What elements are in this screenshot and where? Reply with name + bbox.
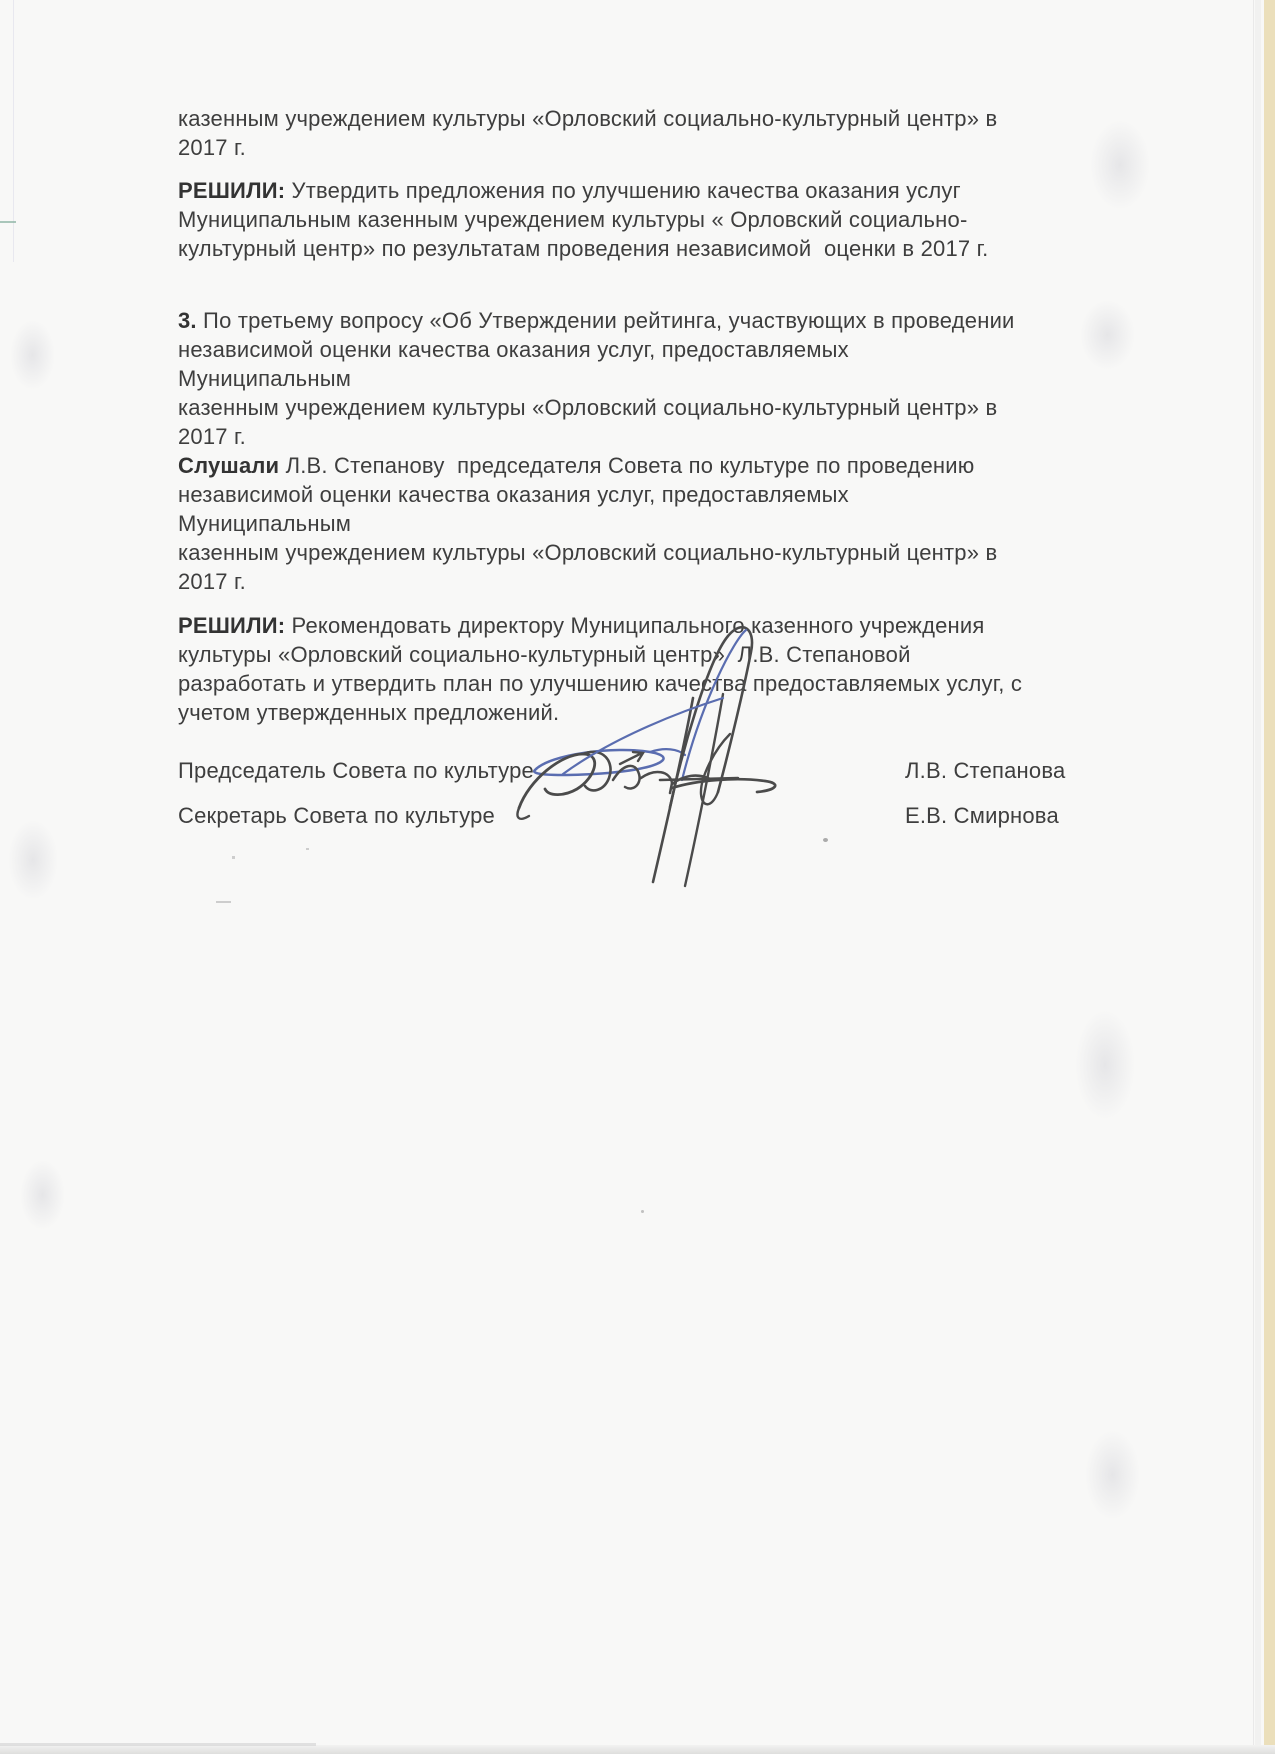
signature-name-smirnova: Е.В. Смирнова: [905, 803, 1059, 829]
scan-speck: [823, 838, 828, 842]
scan-edge-strip: [1264, 0, 1275, 1754]
paragraph-text: Л.В. Степанову председателя Совета по ку…: [178, 453, 997, 594]
paragraph-resolved-2: РЕШИЛИ: Утвердить предложения по улучшен…: [178, 176, 1026, 263]
paragraph-lead: РЕШИЛИ:: [178, 613, 285, 638]
paragraph-lead: РЕШИЛИ:: [178, 178, 285, 203]
signature-role-chairman: Председатель Совета по культуре: [178, 758, 534, 784]
scan-smudge: [8, 820, 58, 900]
scan-edge-bottom: [0, 1745, 1275, 1754]
paragraph-lead: 3.: [178, 308, 197, 333]
scanned-page: казенным учреждением культуры «Орловский…: [0, 0, 1275, 1754]
scan-smudge: [1080, 300, 1135, 370]
signature-name-stepanova: Л.В. Степанова: [905, 758, 1065, 784]
scan-artifact: [1255, 0, 1261, 1754]
scan-speck: [641, 1210, 644, 1213]
signature-smirnova-ink: [505, 690, 810, 890]
scan-artifact: [0, 1743, 316, 1746]
scan-artifact: [0, 221, 16, 223]
scan-artifact: [232, 856, 235, 859]
paragraph-text: Утвердить предложения по улучшению качес…: [178, 178, 989, 261]
scan-smudge: [1090, 120, 1150, 210]
paragraph-item-3: 3. По третьему вопросу «Об Утверждении р…: [178, 306, 1026, 451]
scan-smudge: [20, 1160, 65, 1230]
paragraph-continuation: казенным учреждением культуры «Орловский…: [178, 104, 1026, 162]
signature-role-secretary: Секретарь Совета по культуре: [178, 803, 495, 829]
scan-smudge: [10, 320, 55, 390]
paragraph-heard: Слушали Л.В. Степанову председателя Сове…: [178, 451, 1026, 596]
paragraph-text: По третьему вопросу «Об Утверждении рейт…: [178, 308, 1015, 449]
paragraph-text: казенным учреждением культуры «Орловский…: [178, 106, 997, 160]
scan-artifact: [306, 848, 309, 850]
scan-artifact: [216, 901, 231, 903]
scan-artifact: [1253, 0, 1254, 1754]
paragraph-lead: Слушали: [178, 453, 279, 478]
scan-smudge: [1085, 1430, 1140, 1520]
scan-smudge: [1075, 1010, 1135, 1120]
